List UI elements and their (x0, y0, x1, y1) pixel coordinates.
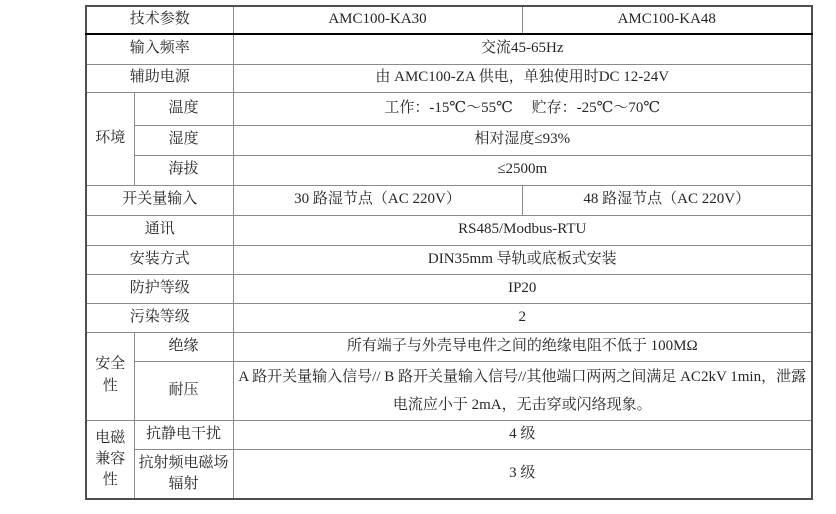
humidity-label: 湿度 (134, 125, 233, 155)
protection-rating-label: 防护等级 (86, 274, 233, 303)
temperature-value: 工作：-15℃～55℃ 贮存：-25℃～70℃ (233, 92, 812, 125)
aux-power-value: 由 AMC100-ZA 供电，单独使用时DC 12-24V (233, 64, 812, 92)
altitude-label: 海拔 (134, 155, 233, 185)
aux-power-label: 辅助电源 (86, 64, 233, 92)
altitude-value: ≤2500m (233, 155, 812, 185)
table-row: 环境 温度 工作：-15℃～55℃ 贮存：-25℃～70℃ (86, 92, 812, 125)
table-row: 输入频率 交流45-65Hz (86, 34, 812, 64)
table-row: 技术参数 AMC100-KA30 AMC100-KA48 (86, 6, 812, 34)
input-frequency-label: 输入频率 (86, 34, 233, 64)
table-row: 安装方式 DIN35mm 导轨或底板式安装 (86, 245, 812, 274)
installation-value: DIN35mm 导轨或底板式安装 (233, 245, 812, 274)
table-row: 通讯 RS485/Modbus-RTU (86, 215, 812, 245)
table-row: 抗射频电磁场辐射 3 级 (86, 449, 812, 499)
table-row: 污染等级 2 (86, 303, 812, 332)
table-row: 电磁兼容性 抗静电干扰 4 级 (86, 420, 812, 449)
communication-label: 通讯 (86, 215, 233, 245)
table-row: 辅助电源 由 AMC100-ZA 供电，单独使用时DC 12-24V (86, 64, 812, 92)
safety-group-label: 安全性 (86, 332, 134, 420)
header-param-label: 技术参数 (86, 6, 233, 34)
switch-input-value-ka48: 48 路湿节点（AC 220V） (522, 185, 812, 215)
protection-rating-value: IP20 (233, 274, 812, 303)
rf-field-immunity-value: 3 级 (233, 449, 812, 499)
emc-group-label: 电磁兼容性 (86, 420, 134, 499)
environment-group-label: 环境 (86, 92, 134, 185)
table-row: 开关量输入 30 路湿节点（AC 220V） 48 路湿节点（AC 220V） (86, 185, 812, 215)
pollution-degree-value: 2 (233, 303, 812, 332)
spec-table: 技术参数 AMC100-KA30 AMC100-KA48 输入频率 交流45-6… (85, 5, 813, 500)
input-frequency-value: 交流45-65Hz (233, 34, 812, 64)
withstand-voltage-value: A 路开关量输入信号// B 路开关量输入信号//其他端口两两之间满足 AC2k… (233, 361, 812, 420)
table-row: 耐压 A 路开关量输入信号// B 路开关量输入信号//其他端口两两之间满足 A… (86, 361, 812, 420)
spec-document-page: 技术参数 AMC100-KA30 AMC100-KA48 输入频率 交流45-6… (0, 0, 836, 514)
table-row: 防护等级 IP20 (86, 274, 812, 303)
insulation-value: 所有端子与外壳导电件之间的绝缘电阻不低于 100MΩ (233, 332, 812, 361)
switch-input-value-ka30: 30 路湿节点（AC 220V） (233, 185, 522, 215)
switch-input-label: 开关量输入 (86, 185, 233, 215)
esd-immunity-value: 4 级 (233, 420, 812, 449)
header-model-b: AMC100-KA48 (522, 6, 812, 34)
table-row: 海拔 ≤2500m (86, 155, 812, 185)
withstand-voltage-label: 耐压 (134, 361, 233, 420)
installation-label: 安装方式 (86, 245, 233, 274)
header-model-a: AMC100-KA30 (233, 6, 522, 34)
esd-immunity-label: 抗静电干扰 (134, 420, 233, 449)
pollution-degree-label: 污染等级 (86, 303, 233, 332)
humidity-value: 相对湿度≤93% (233, 125, 812, 155)
temperature-label: 温度 (134, 92, 233, 125)
table-row: 安全性 绝缘 所有端子与外壳导电件之间的绝缘电阻不低于 100MΩ (86, 332, 812, 361)
table-row: 湿度 相对湿度≤93% (86, 125, 812, 155)
insulation-label: 绝缘 (134, 332, 233, 361)
rf-field-immunity-label: 抗射频电磁场辐射 (134, 449, 233, 499)
communication-value: RS485/Modbus-RTU (233, 215, 812, 245)
